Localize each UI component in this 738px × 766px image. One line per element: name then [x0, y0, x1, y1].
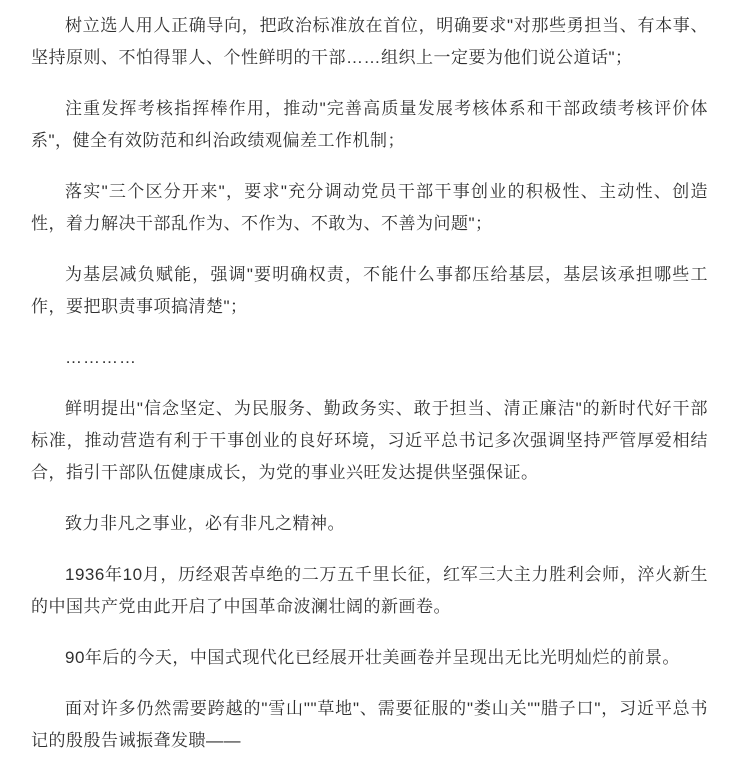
- paragraph-three-distinctions: 落实"三个区分开来"，要求"充分调动党员干部干事创业的积极性、主动性、创造性，着…: [31, 176, 708, 240]
- paragraph-extraordinary-spirit: 致力非凡之事业，必有非凡之精神。: [31, 508, 708, 540]
- paragraph-snow-mountains-warning: 面对许多仍然需要跨越的"雪山""草地"、需要征服的"娄山关""腊子口"，习近平总…: [31, 693, 708, 757]
- paragraph-grassroots-burden: 为基层减负赋能，强调"要明确权责，不能什么事都压给基层，基层该承担哪些工作，要把…: [31, 259, 708, 323]
- paragraph-selection-orientation: 树立选人用人正确导向，把政治标准放在首位，明确要求"对那些勇担当、有本事、坚持原…: [31, 10, 708, 74]
- article-body: 树立选人用人正确导向，把政治标准放在首位，明确要求"对那些勇担当、有本事、坚持原…: [0, 0, 738, 757]
- paragraph-long-march-1936: 1936年10月，历经艰苦卓绝的二万五千里长征，红军三大主力胜利会师，淬火新生的…: [31, 559, 708, 623]
- paragraph-90-years-later: 90年后的今天，中国式现代化已经展开壮美画卷并呈现出无比光明灿烂的前景。: [31, 642, 708, 674]
- paragraph-ellipsis: …………: [31, 342, 708, 374]
- paragraph-assessment-baton: 注重发挥考核指挥棒作用，推动"完善高质量发展考核体系和干部政绩考核评价体系"，健…: [31, 93, 708, 157]
- paragraph-good-cadre-standard: 鲜明提出"信念坚定、为民服务、勤政务实、敢于担当、清正廉洁"的新时代好干部标准，…: [31, 393, 708, 489]
